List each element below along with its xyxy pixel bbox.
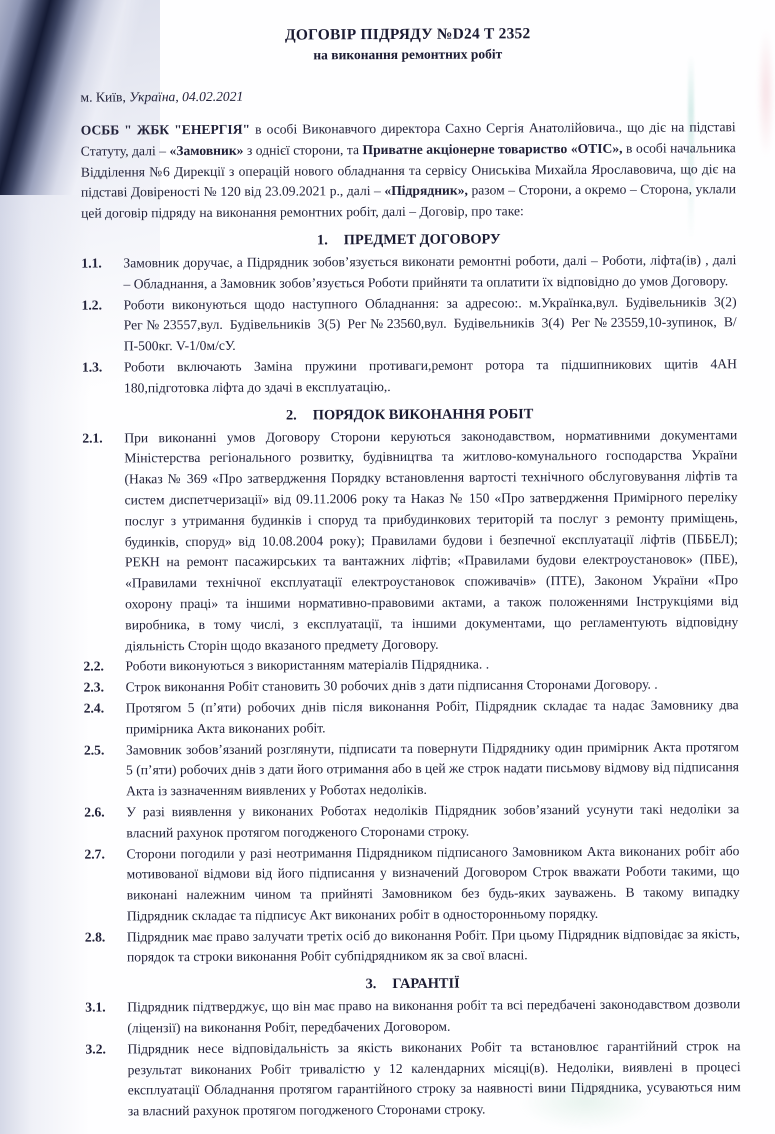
clause-text: У разі виявлення у виконаних Роботах нед…	[120, 799, 739, 844]
contract-document: ДОГОВІР ПІДРЯДУ №D24 Т 2352 на виконання…	[0, 0, 775, 1123]
clause-number: 2.5.	[84, 740, 120, 803]
clause-number: 1.2.	[82, 295, 118, 358]
section-title: ГАРАНТІЇ	[392, 976, 459, 992]
document-subtitle: на виконання ремонтних робіт	[80, 45, 735, 64]
clause-text: Роботи виконуються щодо наступного Облад…	[118, 292, 737, 358]
clause-text: Сторони погодили у разі неотримання Підр…	[120, 841, 739, 927]
intro-run-bold: Приватне акціонерне товариство «ОТІС»,	[362, 141, 622, 157]
clause-number: 2.1.	[82, 428, 119, 657]
intro-run-bold: ОСББ " ЖБК "ЕНЕРГІЯ"	[81, 122, 250, 138]
clause-number: 1.3.	[82, 357, 118, 399]
clause-number: 2.2.	[83, 657, 119, 678]
intro-run-bold: «Замовник»	[169, 143, 243, 158]
clause-text: Роботи включають Заміна пружини противаг…	[118, 354, 737, 399]
scanned-contract-page: { "document": { "title": "ДОГОВІР ПІДРЯД…	[0, 0, 775, 1134]
sections-container: 1.ПРЕДМЕТ ДОГОВОРУ1.1.Замовник доручає, …	[81, 230, 741, 1122]
section-number: 2.	[286, 407, 297, 423]
section-number: 3.	[366, 976, 377, 992]
clause: 2.8.Підрядник має право залучати третіх …	[85, 924, 740, 969]
clause-text: При виконанні умов Договору Сторони керу…	[118, 425, 738, 657]
section-number: 1.	[317, 232, 328, 248]
clause-number: 3.1.	[85, 998, 121, 1040]
clause: 2.4.Протягом 5 (п’яти) робочих днів післ…	[84, 695, 739, 740]
clause-text: Замовник доручає, а Підрядник зобов’язує…	[117, 250, 736, 295]
clause-number: 2.7.	[84, 844, 120, 927]
clause: 1.1.Замовник доручає, а Підрядник зобов’…	[81, 250, 736, 295]
clause-number: 2.6.	[84, 802, 120, 844]
clause-text: Підрядник має право залучати третіх осіб…	[121, 924, 740, 969]
section-heading: 2.ПОРЯДОК ВИКОНАННЯ РОБІТ	[82, 405, 737, 425]
intro-run-bold: «Підрядник»,	[384, 183, 468, 198]
clause-number: 2.8.	[85, 927, 121, 969]
clause-text: Замовник зобов’язаний розглянути, підпис…	[120, 737, 739, 803]
clause: 3.1.Підрядник підтверджує, що він має пр…	[85, 994, 740, 1039]
country-date-label: Україна, 04.02.2021	[129, 89, 243, 105]
clause: 2.6.У разі виявлення у виконаних Роботах…	[84, 799, 739, 844]
place-date-line: м. Київ, Україна, 04.02.2021	[80, 86, 735, 105]
clause: 1.2.Роботи виконуються щодо наступного О…	[82, 292, 737, 358]
clause: 3.2.Підрядник несе відповідальність за я…	[85, 1036, 740, 1123]
clause-text: Протягом 5 (п’яти) робочих днів після ви…	[120, 695, 739, 740]
clause-number: 2.4.	[84, 698, 120, 740]
clause-text: Підрядник підтверджує, що він має право …	[121, 994, 740, 1039]
intro-paragraph: ОСББ " ЖБК "ЕНЕРГІЯ" в особі Виконавчого…	[81, 117, 737, 224]
clause-text: Підрядник несе відповідальність за якіст…	[121, 1036, 740, 1122]
clause: 2.5.Замовник зобов’язаний розглянути, пі…	[84, 737, 739, 803]
clause: 2.1.При виконанні умов Договору Сторони …	[82, 425, 738, 657]
place-label: м. Київ,	[80, 89, 125, 104]
clause-number: 3.2.	[85, 1039, 121, 1122]
section-title: ПОРЯДОК ВИКОНАННЯ РОБІТ	[313, 406, 534, 423]
clause-number: 2.3.	[84, 678, 120, 699]
document-title: ДОГОВІР ПІДРЯДУ №D24 Т 2352	[80, 24, 735, 45]
section-heading: 1.ПРЕДМЕТ ДОГОВОРУ	[81, 230, 736, 250]
section-title: ПРЕДМЕТ ДОГОВОРУ	[344, 231, 501, 248]
clause: 1.3.Роботи включають Заміна пружини прот…	[82, 354, 737, 399]
clause-number: 1.1.	[81, 253, 117, 295]
intro-run: з однієї сторони, та	[243, 142, 362, 158]
clause: 2.7.Сторони погодили у разі неотримання …	[84, 841, 739, 928]
section-heading: 3.ГАРАНТІЇ	[85, 974, 740, 994]
